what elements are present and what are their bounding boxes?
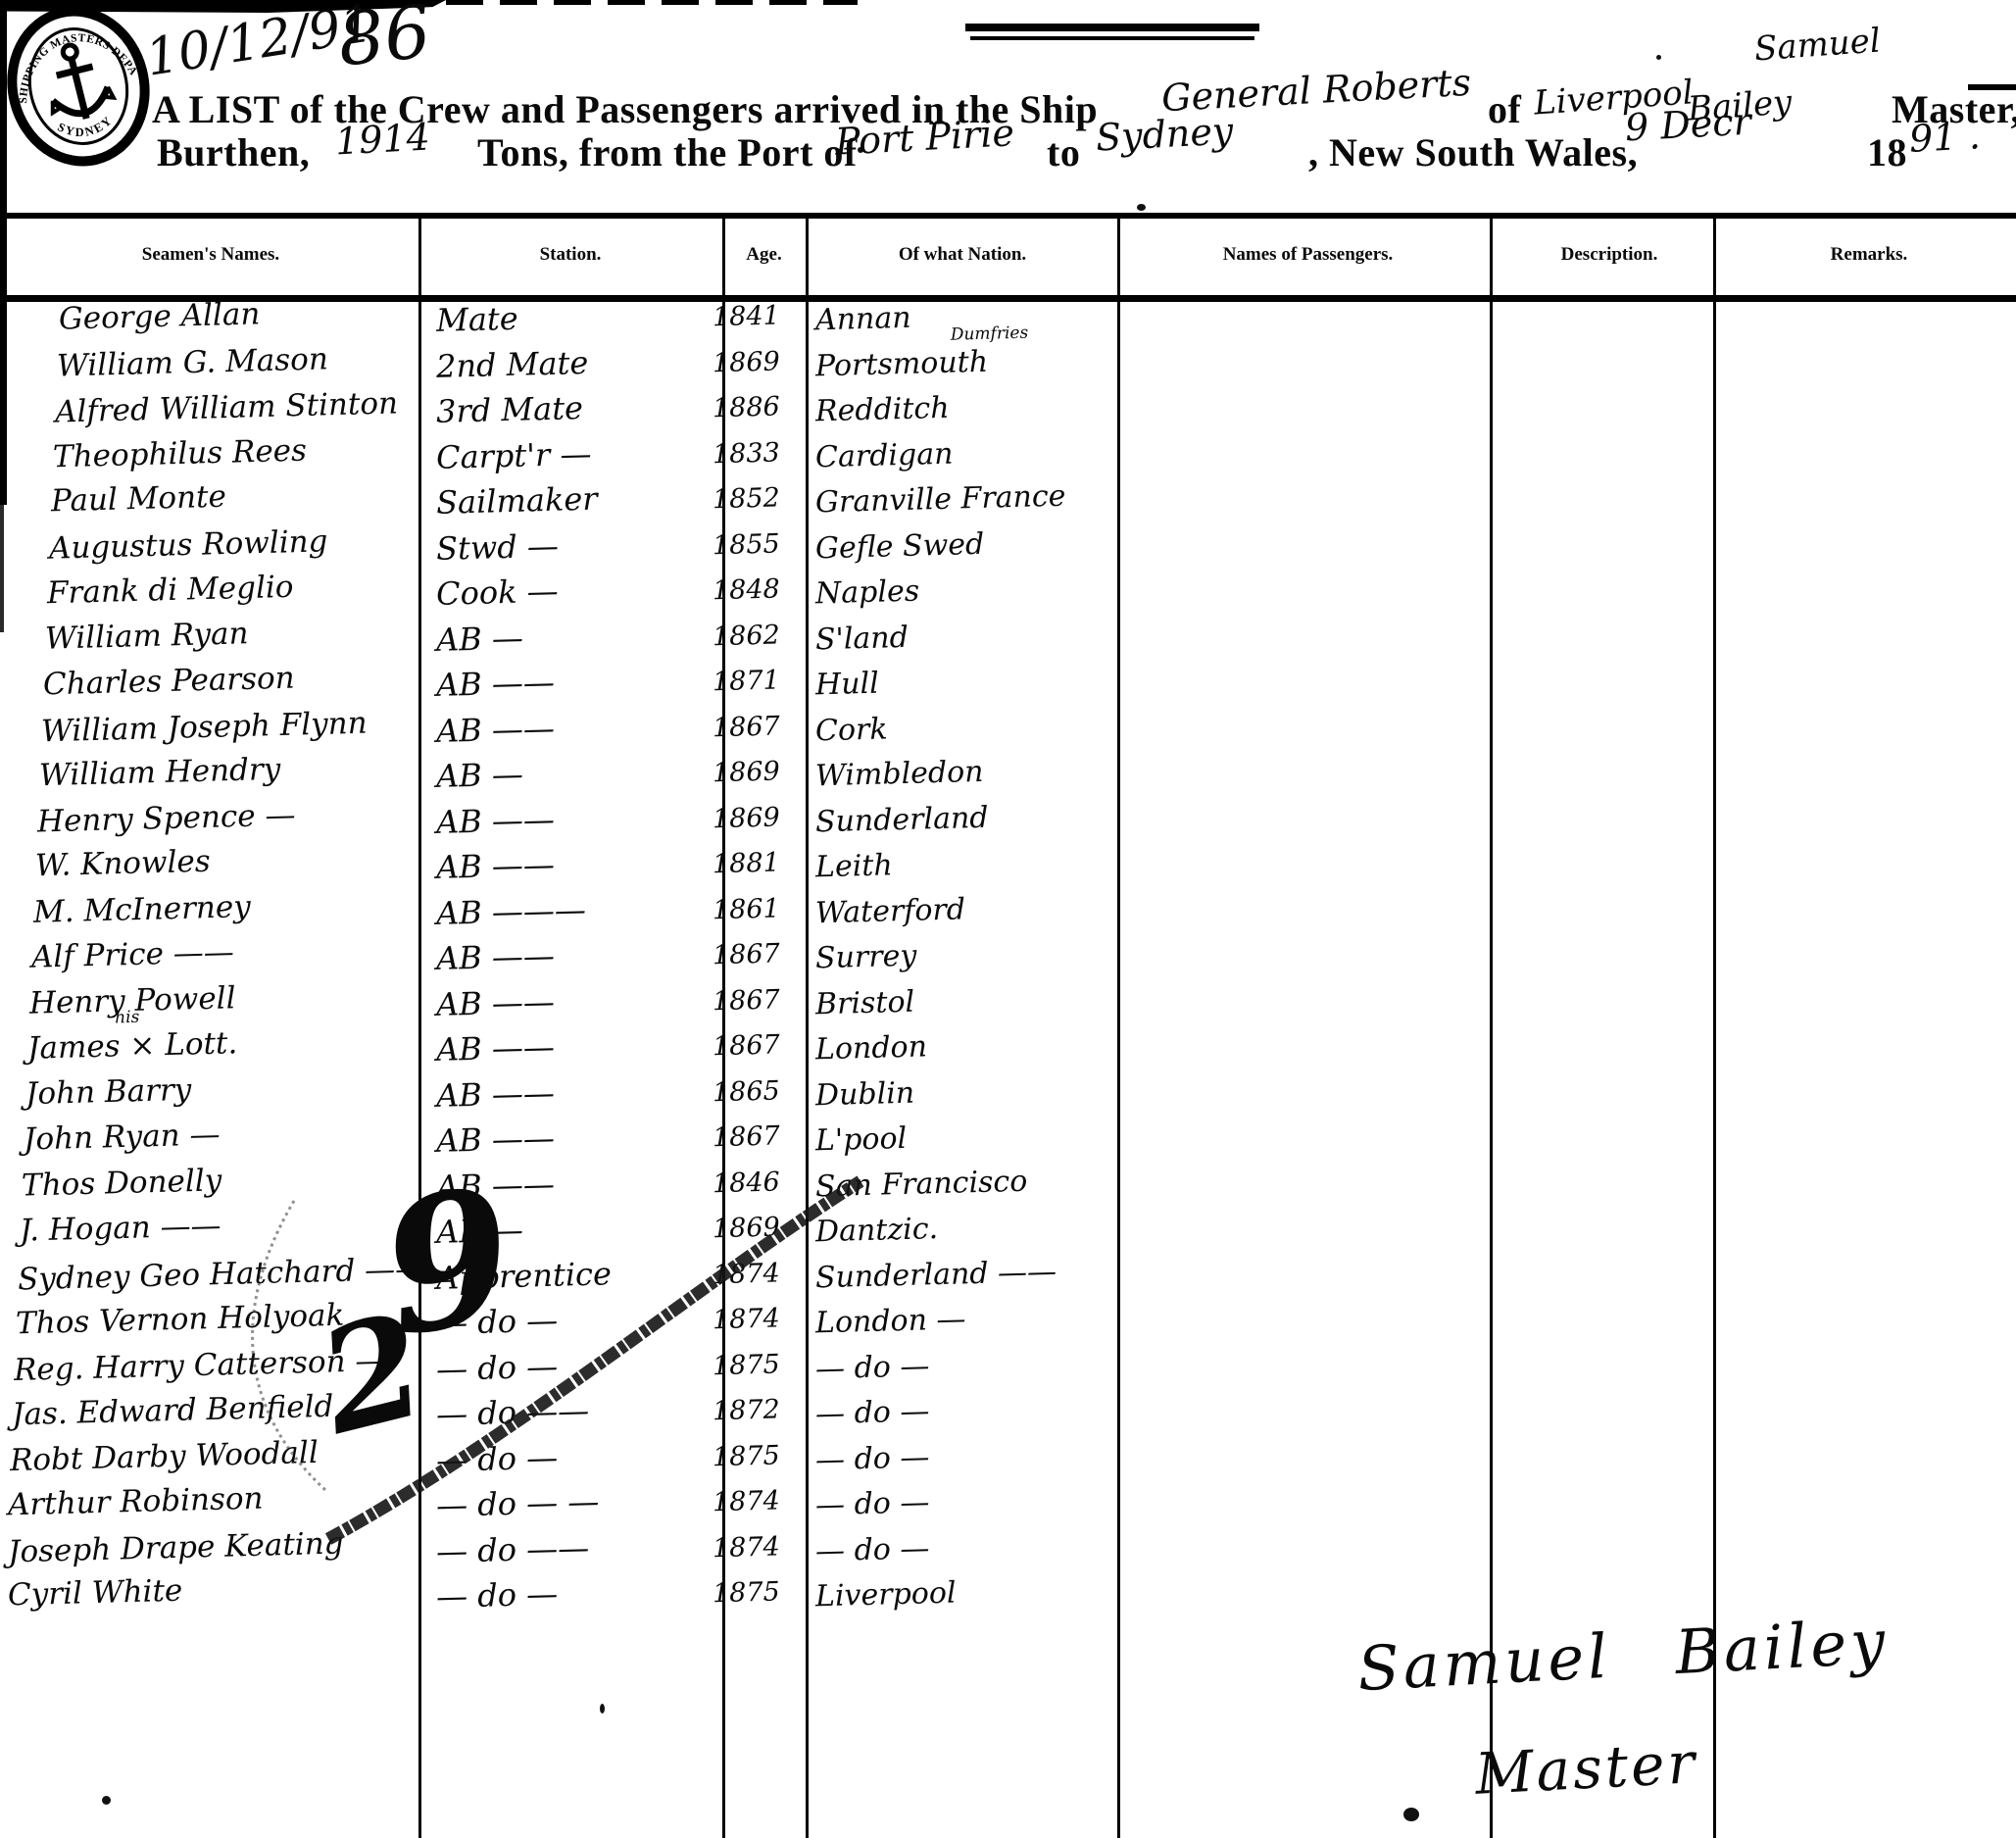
filing-initials-annotation: 86 bbox=[334, 0, 435, 83]
station: — do —— bbox=[435, 1385, 730, 1436]
station: AB ——— bbox=[435, 884, 730, 935]
table-row: Alfred William Stinton3rd Mate1886Reddit… bbox=[0, 386, 2016, 432]
table-row: John Ryan —AB ——1867L'pool bbox=[0, 1116, 2016, 1162]
title-printed-year: 18 bbox=[1867, 129, 1907, 175]
seaman-name: Henry Spence — bbox=[36, 793, 296, 843]
seaman-name: Jas. Edward Benfield bbox=[11, 1385, 333, 1437]
table-row: Frank di MeglioCook —1848Naples bbox=[0, 569, 2016, 615]
title-printed-of: of bbox=[1488, 86, 1521, 132]
table-row: Paul MonteSailmaker1852Granville France bbox=[0, 477, 2016, 523]
tons-value: 1914 bbox=[334, 115, 431, 163]
nation: — do — bbox=[814, 1521, 1139, 1573]
table-row: Thos DonellyAB ——1846San Francisco bbox=[0, 1162, 2016, 1208]
port-to-value: Sydney bbox=[1095, 109, 1234, 159]
age: 1867 bbox=[712, 704, 806, 749]
table-row: Jas. Edward Benfield— do ——1872— do — bbox=[0, 1389, 2016, 1435]
nation: London bbox=[814, 1020, 1139, 1072]
age: 1871 bbox=[712, 659, 806, 704]
station: — do — bbox=[435, 1431, 730, 1482]
age: 1862 bbox=[712, 613, 806, 658]
table-row: James × Lott.hisAB ——1867London bbox=[0, 1024, 2016, 1070]
seaman-name: John Ryan — bbox=[23, 1113, 221, 1161]
seaman-name: Joseph Drape Keating bbox=[7, 1521, 344, 1573]
seaman-name: Paul Monte bbox=[50, 475, 226, 523]
form-top-rule bbox=[965, 24, 1259, 31]
seaman-name: M. McInerney bbox=[32, 885, 251, 934]
age: 1867 bbox=[712, 932, 806, 977]
seaman-name: Thos Vernon Holyoak bbox=[15, 1294, 344, 1346]
column-header-station: Station. bbox=[423, 244, 717, 266]
table-rows: George AllanMate1841AnnanWilliam G. Maso… bbox=[0, 295, 2016, 1838]
table-row: William HendryAB —1869Wimbledon bbox=[0, 751, 2016, 797]
age: 1855 bbox=[712, 522, 806, 567]
seaman-name: George Allan bbox=[58, 292, 260, 340]
age: 1865 bbox=[712, 1068, 806, 1114]
station: — do — — bbox=[435, 1476, 730, 1527]
seaman-name: Theophilus Rees bbox=[52, 428, 307, 478]
scanned-crew-list-document: SHIPPING MASTERS DEPARTMENT SYDNEY 10/12… bbox=[0, 0, 2016, 1838]
seaman-name: Thos Donelly bbox=[21, 1159, 221, 1207]
scan-artifact-top-dashes bbox=[446, 0, 858, 5]
nation: PortsmouthDumfries bbox=[814, 336, 1139, 388]
nation: Liverpool bbox=[814, 1567, 1139, 1619]
nation: Dublin bbox=[814, 1066, 1139, 1118]
nation: Bristol bbox=[814, 974, 1139, 1026]
station: AB —— bbox=[435, 793, 730, 844]
station: Carpt'r — bbox=[435, 428, 730, 479]
table-row: Joseph Drape Keating— do ——1874— do — bbox=[0, 1526, 2016, 1572]
seaman-name: Charles Pearson bbox=[42, 657, 295, 707]
nation: — do — bbox=[814, 1385, 1139, 1437]
age: 1875 bbox=[712, 1570, 806, 1615]
table-row: Charles PearsonAB ——1871Hull bbox=[0, 660, 2016, 706]
age: 1874 bbox=[712, 1524, 806, 1569]
column-header-description: Description. bbox=[1501, 244, 1717, 266]
age: 1846 bbox=[712, 1160, 806, 1205]
table-row: Thos Vernon Holyoak— do —1874London — bbox=[0, 1298, 2016, 1344]
table-row: Augustus RowlingStwd —1855Gefle Swed bbox=[0, 523, 2016, 570]
form-top-rule-2 bbox=[970, 36, 1254, 40]
station: AB —— bbox=[435, 702, 730, 753]
title-printed-burthen: Burthen, bbox=[157, 129, 310, 175]
nation: Leith bbox=[814, 838, 1139, 890]
nation: L'pool bbox=[814, 1112, 1139, 1164]
table-row: William RyanAB —1862S'land bbox=[0, 615, 2016, 661]
age: 1875 bbox=[712, 1342, 806, 1387]
title-printed-tons: Tons, from the Port of bbox=[477, 129, 858, 175]
station: 3rd Mate bbox=[435, 382, 730, 433]
seaman-name: James × Lott.his bbox=[26, 1021, 237, 1070]
seaman-name: Cyril White bbox=[7, 1569, 182, 1617]
table-row: Henry Spence —AB ——1869Sunderland bbox=[0, 797, 2016, 843]
age: 1867 bbox=[712, 1115, 806, 1160]
station: — do —— bbox=[435, 1522, 730, 1573]
arrival-date-value: 9 Decr bbox=[1624, 100, 1752, 150]
station: AB —— bbox=[435, 929, 730, 980]
age: 1886 bbox=[712, 385, 806, 430]
seaman-name: Robt Darby Woodall bbox=[9, 1430, 319, 1481]
table-row: Alf Price ——AB ——1867Surrey bbox=[0, 933, 2016, 979]
nation: Gefle Swed bbox=[814, 519, 1139, 571]
nation: Redditch bbox=[814, 382, 1139, 434]
ink-speck bbox=[1656, 55, 1661, 60]
station: AB —— bbox=[435, 656, 730, 707]
nation: — do — bbox=[814, 1476, 1139, 1528]
age: 1881 bbox=[712, 841, 806, 886]
age: 1875 bbox=[712, 1433, 806, 1478]
table-row: William Joseph FlynnAB ——1867Cork bbox=[0, 706, 2016, 752]
nation: Sunderland —— bbox=[814, 1248, 1139, 1300]
age: 1874 bbox=[712, 1297, 806, 1342]
seaman-name: Frank di Meglio bbox=[46, 566, 294, 616]
station: 2nd Mate bbox=[435, 337, 730, 388]
station: Stwd — bbox=[435, 520, 730, 571]
age: 1874 bbox=[712, 1479, 806, 1524]
table-row: Robt Darby Woodall— do —1875— do — bbox=[0, 1435, 2016, 1481]
nation-annotation: Dumfries bbox=[951, 324, 1029, 343]
table-row: Theophilus ReesCarpt'r —1833Cardigan bbox=[0, 432, 2016, 478]
nation: London — bbox=[814, 1294, 1139, 1346]
table-row: Reg. Harry Catterson —— do —1875— do — bbox=[0, 1344, 2016, 1390]
nation: Cork bbox=[814, 701, 1139, 753]
station: Mate bbox=[435, 291, 730, 342]
seaman-name: William Hendry bbox=[38, 748, 280, 797]
seaman-name: Alfred William Stinton bbox=[54, 381, 398, 433]
shipping-masters-department-stamp: SHIPPING MASTERS DEPARTMENT SYDNEY bbox=[0, 0, 171, 184]
seaman-name: William G. Mason bbox=[56, 337, 328, 387]
age: 1869 bbox=[712, 1206, 806, 1251]
nation: Dantzic. bbox=[814, 1203, 1139, 1255]
nation: Naples bbox=[814, 565, 1139, 617]
age: 1867 bbox=[712, 977, 806, 1022]
table-row: W. KnowlesAB ——1881Leith bbox=[0, 842, 2016, 888]
seaman-name: J. Hogan —— bbox=[19, 1204, 221, 1252]
age: 1874 bbox=[712, 1251, 806, 1296]
table-row: Arthur Robinson— do — —1874— do — bbox=[0, 1480, 2016, 1526]
age: 1848 bbox=[712, 568, 806, 613]
column-header-names-of-passengers: Names of Passengers. bbox=[1124, 244, 1492, 266]
year-value: 91 . bbox=[1908, 114, 1982, 161]
station: AB —— bbox=[435, 1020, 730, 1071]
station: AB —— bbox=[435, 838, 730, 889]
nation: Wimbledon bbox=[814, 747, 1139, 799]
title-printed-to: to bbox=[1047, 129, 1080, 175]
nation: — do — bbox=[814, 1430, 1139, 1482]
name-annotation: his bbox=[115, 1010, 140, 1027]
seaman-name: W. Knowles bbox=[34, 840, 211, 888]
nation: S'land bbox=[814, 610, 1139, 662]
master-signature-title: Master bbox=[1473, 1729, 1698, 1808]
age: 1867 bbox=[712, 1023, 806, 1068]
seaman-name: Alf Price —— bbox=[30, 930, 234, 978]
seaman-name: Arthur Robinson bbox=[7, 1477, 264, 1527]
age: 1872 bbox=[712, 1388, 806, 1433]
age: 1869 bbox=[712, 750, 806, 795]
table-row: Henry PowellAB ——1867Bristol bbox=[0, 979, 2016, 1025]
nation: Sunderland bbox=[814, 792, 1139, 844]
title-printed-nsw: , New South Wales, bbox=[1308, 129, 1638, 175]
column-header-of-what-nation: Of what Nation. bbox=[811, 244, 1114, 266]
crew-table: Seamen's Names. Station. Age. Of what Na… bbox=[0, 213, 2016, 1838]
ink-speck bbox=[1137, 204, 1146, 211]
age: 1861 bbox=[712, 886, 806, 931]
nation: Hull bbox=[814, 656, 1139, 708]
age: 1869 bbox=[712, 795, 806, 840]
port-from-value: Port Pirie bbox=[834, 111, 1015, 164]
table-row: William G. Mason2nd Mate1869PortsmouthDu… bbox=[0, 341, 2016, 387]
nation: Waterford bbox=[814, 883, 1139, 935]
table-row: J. Hogan ——AB —1869Dantzic. bbox=[0, 1207, 2016, 1253]
station: AB —— bbox=[435, 975, 730, 1026]
nation: Granville France bbox=[814, 473, 1139, 525]
nation: San Francisco bbox=[814, 1157, 1139, 1209]
seaman-name: John Barry bbox=[25, 1068, 191, 1115]
seaman-name: William Joseph Flynn bbox=[40, 701, 368, 753]
master-first-name-value: Samuel bbox=[1753, 22, 1882, 70]
table-row: Cyril White— do —1875Liverpool bbox=[0, 1571, 2016, 1617]
seaman-name: Augustus Rowling bbox=[48, 520, 327, 570]
column-header-age: Age. bbox=[722, 244, 806, 266]
table-row: John BarryAB ——1865Dublin bbox=[0, 1070, 2016, 1117]
station: AB —— bbox=[435, 1067, 730, 1118]
column-header-remarks: Remarks. bbox=[1727, 244, 2011, 266]
seaman-name: William Ryan bbox=[44, 612, 249, 660]
age: 1833 bbox=[712, 430, 806, 475]
table-row: M. McInerneyAB ———1861Waterford bbox=[0, 888, 2016, 934]
nation: — do — bbox=[814, 1339, 1139, 1391]
age: 1869 bbox=[712, 339, 806, 384]
nation: Cardigan bbox=[814, 427, 1139, 479]
station: Cook — bbox=[435, 565, 730, 616]
station: AB — bbox=[435, 611, 730, 662]
age: 1852 bbox=[712, 476, 806, 522]
station: Sailmaker bbox=[435, 473, 730, 524]
station: — do — bbox=[435, 1567, 730, 1618]
table-row: Sydney Geo Hatchard ——Apprentice1874Sund… bbox=[0, 1253, 2016, 1299]
age: 1841 bbox=[712, 294, 806, 339]
nation: Surrey bbox=[814, 929, 1139, 981]
column-header-seamens-names: Seamen's Names. bbox=[39, 244, 382, 266]
station: AB — bbox=[435, 747, 730, 798]
